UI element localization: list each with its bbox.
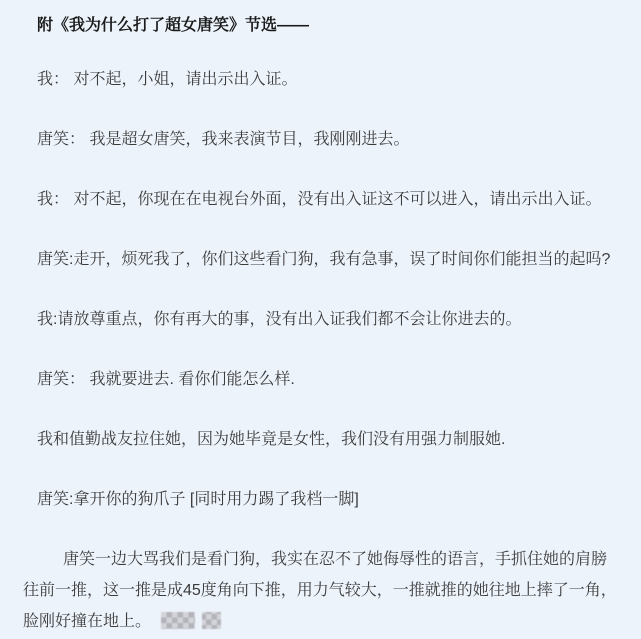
censor-mosaic-block-1	[161, 612, 195, 629]
dialogue-paragraph-tangxiao-2: 唐笑:走开，烦死我了，你们这些看门狗，我有急事，误了时间你们能担当的起吗?	[23, 244, 617, 275]
dialogue-paragraph-me-1: 我： 对不起，小姐，请出示出入证。	[23, 64, 617, 95]
dialogue-paragraph-tangxiao-4: 唐笑:拿开你的狗爪子 [同时用力踢了我档一脚]	[23, 484, 617, 515]
dialogue-paragraph-me-3: 我:请放尊重点，你有再大的事，没有出入证我们都不会让你进去的。	[23, 304, 617, 335]
censor-mosaic-block-2	[202, 612, 221, 629]
dialogue-paragraph-tangxiao-1: 唐笑： 我是超女唐笑，我来表演节目，我刚刚进去。	[23, 124, 617, 155]
dialogue-paragraph-tangxiao-3: 唐笑： 我就要进去. 看你们能怎么样.	[23, 364, 617, 395]
article: 附《我为什么打了超女唐笑》节选—— 我： 对不起，小姐，请出示出入证。 唐笑： …	[0, 0, 641, 637]
article-title: 附《我为什么打了超女唐笑》节选——	[23, 10, 617, 41]
closing-paragraph-text: 唐笑一边大骂我们是看门狗，我实在忍不了她侮辱性的语言，手抓住她的肩膀往前一推，这…	[23, 551, 617, 630]
narration-paragraph: 我和值勤战友拉住她，因为她毕竟是女性，我们没有用强力制服她.	[23, 424, 617, 455]
dialogue-paragraph-me-2: 我： 对不起，你现在在电视台外面，没有出入证这不可以进入，请出示出入证。	[23, 184, 617, 215]
closing-paragraph: 唐笑一边大骂我们是看门狗，我实在忍不了她侮辱性的语言，手抓住她的肩膀往前一推，这…	[23, 544, 617, 637]
